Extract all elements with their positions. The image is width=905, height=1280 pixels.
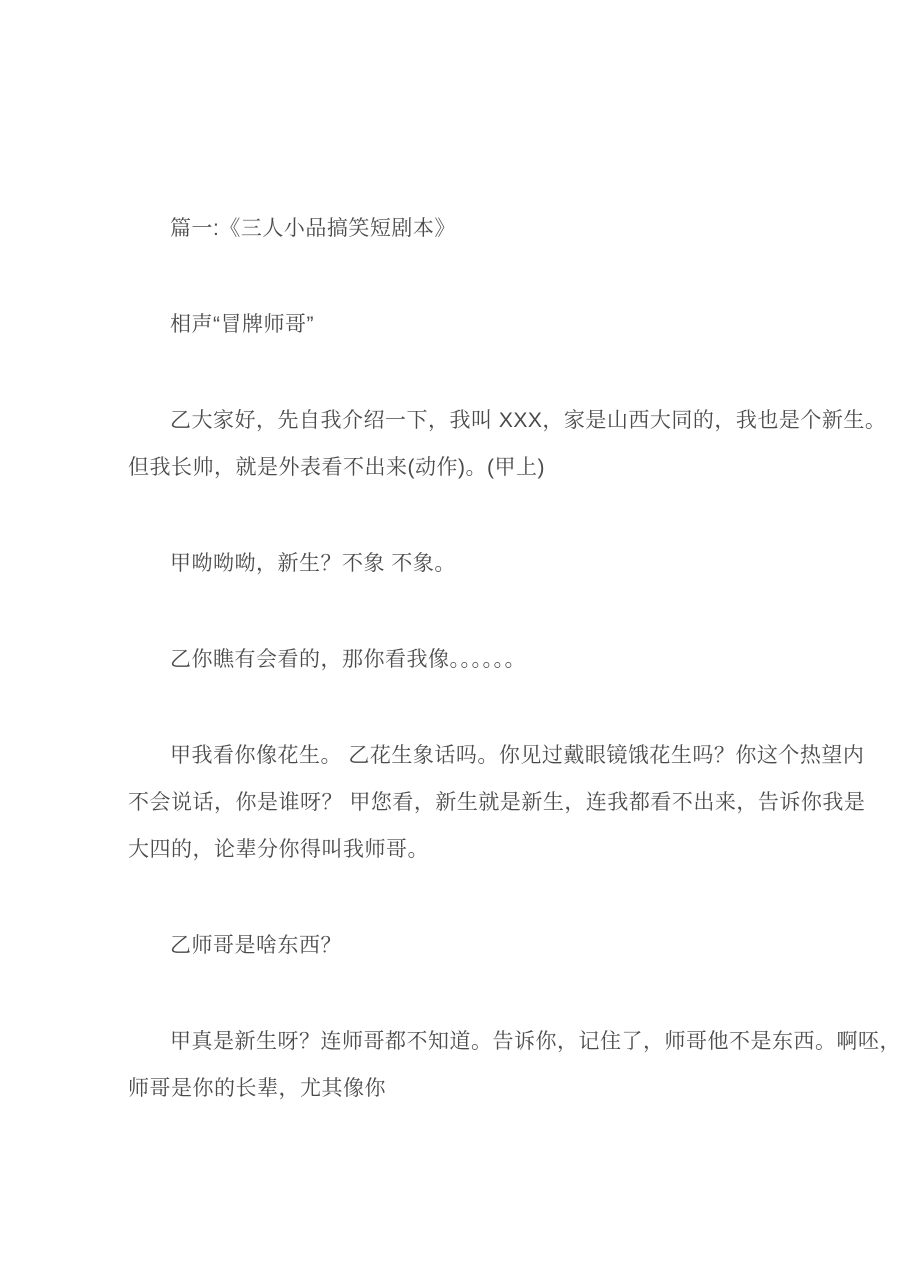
paragraph-dialogue-3: 乙你瞧有会看的，那你看我像。。。。。。 (128, 636, 905, 683)
paragraph-dialogue-2: 甲呦呦呦，新生？不象 不象。 (128, 540, 905, 587)
text-line: 乙大家好，先自我介绍一下，我叫 XXX，家是山西大同的，我也是个新生。 (128, 397, 905, 444)
subtitle-line: 相声“冒牌师哥” (128, 301, 905, 348)
text-line: 甲我看你像花生。 乙花生象话吗。你见过戴眼镜饿花生吗？你这个热望内 (128, 732, 905, 779)
document-page: 篇一:《三人小品搞笑短剧本》 相声“冒牌师哥” 乙大家好，先自我介绍一下，我叫 … (0, 0, 905, 1280)
paragraph-dialogue-1: 乙大家好，先自我介绍一下，我叫 XXX，家是山西大同的，我也是个新生。 但我长帅… (128, 397, 905, 491)
paragraph-title: 篇一:《三人小品搞笑短剧本》 (128, 205, 905, 252)
text-line: 大四的，论辈分你得叫我师哥。 (128, 826, 905, 873)
title-line: 篇一:《三人小品搞笑短剧本》 (128, 205, 905, 252)
paragraph-subtitle: 相声“冒牌师哥” (128, 301, 905, 348)
text-line: 不会说话，你是谁呀？ 甲您看，新生就是新生，连我都看不出来，告诉你我是 (128, 779, 905, 826)
text-line: 乙师哥是啥东西？ (128, 922, 905, 969)
text-line: 但我长帅，就是外表看不出来(动作)。(甲上) (128, 444, 905, 491)
text-line: 师哥是你的长辈，尤其像你 (128, 1065, 905, 1112)
text-line: 甲呦呦呦，新生？不象 不象。 (128, 540, 905, 587)
paragraph-dialogue-6: 甲真是新生呀？连师哥都不知道。告诉你，记住了，师哥他不是东西。啊呸， 师哥是你的… (128, 1018, 905, 1112)
text-line: 乙你瞧有会看的，那你看我像。。。。。。 (128, 636, 905, 683)
text-line: 甲真是新生呀？连师哥都不知道。告诉你，记住了，师哥他不是东西。啊呸， (128, 1018, 905, 1065)
paragraph-dialogue-5: 乙师哥是啥东西？ (128, 922, 905, 969)
paragraph-dialogue-4: 甲我看你像花生。 乙花生象话吗。你见过戴眼镜饿花生吗？你这个热望内 不会说话，你… (128, 732, 905, 873)
